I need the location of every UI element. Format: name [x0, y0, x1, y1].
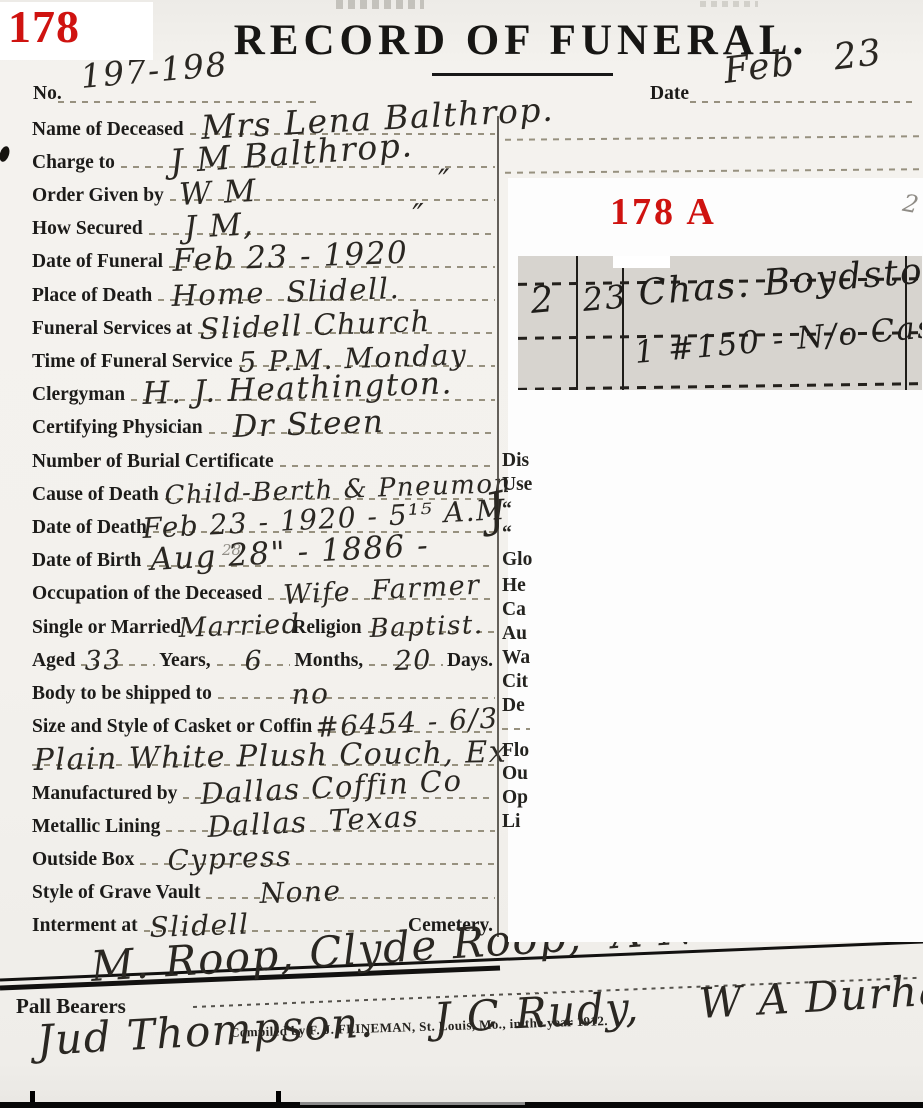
form-row-label: Aged: [30, 651, 79, 671]
dotted-fill-line: Feb 23 - 1920: [167, 243, 497, 272]
dotted-fill-line: Dallas Coffin Co: [181, 774, 497, 803]
handwritten-value: H. J. Heathington.: [142, 370, 453, 409]
dotted-fill-line: Home Slidell.: [156, 276, 497, 305]
right-column-label: Use: [502, 474, 533, 496]
dotted-fill-line: Baptist.: [366, 608, 497, 637]
archive-number: 178: [8, 4, 80, 50]
ledger-name-handwritten: Chas. Boydston .: [637, 256, 922, 310]
right-column-dash-stub: [502, 728, 530, 730]
dotted-fill-line: [278, 442, 497, 471]
form-row-label: Place of Death: [30, 286, 156, 306]
form-row-label: Style of Grave Vault: [30, 883, 204, 903]
right-column-label: Glo: [502, 549, 533, 571]
date-dotted-line: [690, 101, 918, 103]
handwritten-value: Feb 23 - 1920: [172, 240, 409, 276]
ink-blot: [0, 145, 11, 163]
ledger-price-handwritten: 1 #150 - N/o Casket: [634, 309, 922, 368]
right-column-label: Ou: [502, 763, 533, 785]
inset-archive-number: 178 A: [610, 190, 717, 234]
form-row-label: Occupation of the Deceased: [30, 584, 266, 604]
form-row: Metallic LiningDallas Texas: [30, 807, 497, 840]
dotted-fill-line: 20: [367, 641, 445, 670]
row-line-extension: [505, 168, 920, 174]
form-row: Certifying PhysicianDr Steen: [30, 409, 497, 442]
ledger-strip: 2 23 Chas. Boydston . 1 #150 - N/o Caske…: [518, 256, 922, 390]
form-row-label: Name of Deceased: [30, 120, 188, 140]
dotted-fill-line: W M ″: [168, 176, 497, 205]
scan-edge-tick: [276, 1091, 281, 1102]
archive-number-box: 178: [0, 2, 153, 60]
title-underline: [432, 73, 613, 76]
no-dotted-line: [58, 101, 316, 103]
right-column-label: De: [502, 695, 533, 717]
form-row-label: Days.: [445, 651, 497, 671]
right-column-label: Dis: [502, 450, 533, 472]
dotted-fill-line: #6454 - 6/3: [316, 708, 497, 737]
form-row-label: Manufactured by: [30, 784, 181, 804]
dotted-fill-line: Married: [185, 608, 290, 637]
form-row-label: Months,: [292, 651, 367, 671]
ledger-column-rule: [622, 256, 624, 390]
form-row-label: Time of Funeral Service: [30, 352, 237, 372]
right-column-label: Li: [502, 811, 533, 833]
ledger-white-notch: [613, 256, 670, 268]
form-row: Date of FuneralFeb 23 - 1920: [30, 243, 497, 276]
dotted-fill-line: H. J. Heathington.: [129, 376, 497, 405]
form-row-label: Funeral Services at: [30, 319, 196, 339]
dotted-fill-line: 5 P.M. Monday: [237, 342, 497, 371]
handwritten-value: Baptist.: [369, 614, 484, 641]
form-row: Order Given byW M ″: [30, 176, 497, 209]
ledger-column-rule: [576, 256, 578, 390]
form-row: Outside BoxCypress: [30, 840, 497, 873]
form-row-label: Size and Style of Casket or Coffin: [30, 717, 316, 737]
form-row: Manufactured byDallas Coffin Co: [30, 774, 497, 807]
form-row-label: Order Given by: [30, 186, 168, 206]
form-row-label: How Secured: [30, 219, 147, 239]
form-row-label: Cause of Death: [30, 485, 163, 505]
dotted-fill-line: Dallas Texas: [164, 807, 497, 836]
form-row: Occupation of the DeceasedWife Farmer: [30, 575, 497, 608]
form-row-label: Outside Box: [30, 850, 138, 870]
dotted-fill-line: Dr Steen: [207, 409, 497, 438]
form-row-label: Interment at: [30, 916, 142, 936]
form-row: Body to be shipped tono: [30, 674, 497, 707]
form-row-label: Certifying Physician: [30, 418, 207, 438]
ledger-day-handwritten: 2: [529, 284, 557, 318]
scan-edge-tick: [30, 1091, 35, 1102]
inset-overlay-178a: 178 A 2 23 Chas. Boydston . 1 #150 - N/o…: [508, 178, 923, 942]
handwritten-value: None: [260, 879, 343, 907]
form-row-label: Number of Burial Certificate: [30, 452, 278, 472]
form-row-label: Date of Birth: [30, 551, 145, 571]
dotted-fill-line: 6: [215, 641, 293, 670]
handwritten-value: Cypress: [168, 844, 293, 874]
handwritten-value: Dallas Texas: [207, 803, 420, 840]
dotted-fill-line: None: [204, 874, 497, 903]
right-column-label: Cit: [502, 671, 533, 693]
right-column-label: Flo: [502, 740, 533, 762]
handwritten-value: Wife Farmer: [283, 573, 481, 608]
handwritten-value: Dr Steen: [232, 409, 385, 442]
form-row-label: Date of Funeral: [30, 252, 167, 272]
form-row-label: Clergyman: [30, 385, 129, 405]
dotted-fill-line: J M, ″: [147, 210, 497, 239]
ledger-date-handwritten: 23: [581, 282, 628, 315]
form-row: Date of BirthAug 28" - 1886 -: [30, 542, 497, 575]
form-row: Aged33Years,6Months,20Days.: [30, 641, 497, 674]
form-row-label: Religion: [290, 618, 365, 638]
right-column-label: Wa: [502, 647, 533, 669]
dotted-fill-line: Aug 28" - 1886 -: [145, 542, 497, 571]
dotted-fill-line: no: [216, 674, 497, 703]
handwritten-value: Home Slidell.: [171, 275, 401, 309]
form-row-label: Date of Death: [30, 518, 151, 538]
right-column-label: Au: [502, 623, 533, 645]
dotted-fill-line: 33: [79, 641, 157, 670]
ledger-dashed-line: [518, 382, 922, 390]
handwritten-value: no: [291, 681, 330, 707]
scan-artifact-top-right: [700, 1, 758, 7]
form-row-label: Single or Married: [30, 618, 185, 638]
handwritten-value: Married: [178, 612, 301, 641]
form-row: Single or MarriedMarriedReligionBaptist.: [30, 608, 497, 641]
form-row: How SecuredJ M, ″: [30, 210, 497, 243]
form-row: ClergymanH. J. Heathington.: [30, 376, 497, 409]
handwritten-value: Slidell Church: [199, 308, 431, 342]
handwritten-value: 20: [394, 649, 432, 675]
dotted-fill-line: Cypress: [138, 840, 497, 869]
scan-artifact-top-left: [336, 0, 424, 9]
pencil-superscript-note: 28: [222, 541, 241, 559]
scanned-funeral-record-page: 178 RECORD OF FUNERAL. No. 197-198 Date …: [0, 0, 923, 1108]
form-row: Number of Burial Certificate: [30, 442, 497, 475]
form-row-label: Body to be shipped to: [30, 684, 216, 704]
date-label: Date: [650, 84, 689, 104]
right-column-label: Ca: [502, 599, 533, 621]
form-row-label: Charge to: [30, 153, 119, 173]
form-row: Funeral Services atSlidell Church: [30, 309, 497, 342]
handwritten-value: 33: [84, 649, 122, 675]
row-line-extension: [505, 135, 920, 141]
handwritten-value: 6: [244, 649, 264, 674]
right-column-label: Op: [502, 787, 533, 809]
scan-edge-bar-gray-segment: [300, 1102, 525, 1105]
form-row-label: Years,: [157, 651, 214, 671]
dotted-fill-line: Slidell Church: [196, 309, 497, 338]
right-column-label: He: [502, 575, 533, 597]
form-row: Style of Grave VaultNone: [30, 874, 497, 907]
form-row-label: Metallic Lining: [30, 817, 164, 837]
dotted-fill-line: Wife Farmer: [266, 575, 497, 604]
